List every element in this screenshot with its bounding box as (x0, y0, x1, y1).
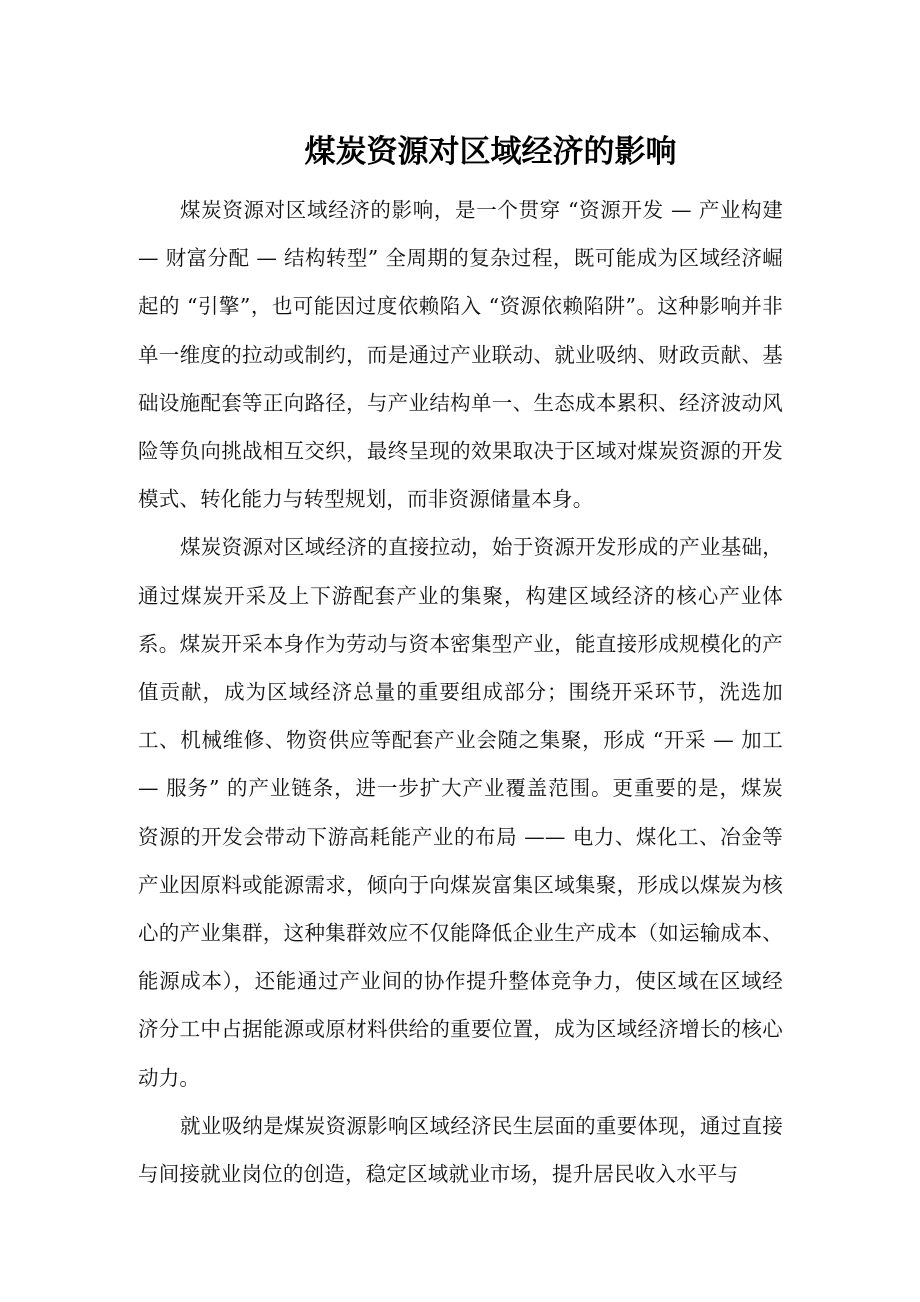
document-title: 煤炭资源对区域经济的影响 (198, 126, 783, 178)
paragraph-2: 煤炭资源对区域经济的直接拉动，始于资源开发形成的产业基础，通过煤炭开采及上下游配… (138, 523, 783, 1101)
paragraph-3: 就业吸纳是煤炭资源影响区域经济民生层面的重要体现，通过直接与间接就业岗位的创造，… (138, 1102, 783, 1198)
document-page: 煤炭资源对区域经济的影响 煤炭资源对区域经济的影响，是一个贯穿 “资源开发 — … (138, 126, 783, 1198)
paragraph-1: 煤炭资源对区域经济的影响，是一个贯穿 “资源开发 — 产业构建 — 财富分配 —… (138, 186, 783, 523)
